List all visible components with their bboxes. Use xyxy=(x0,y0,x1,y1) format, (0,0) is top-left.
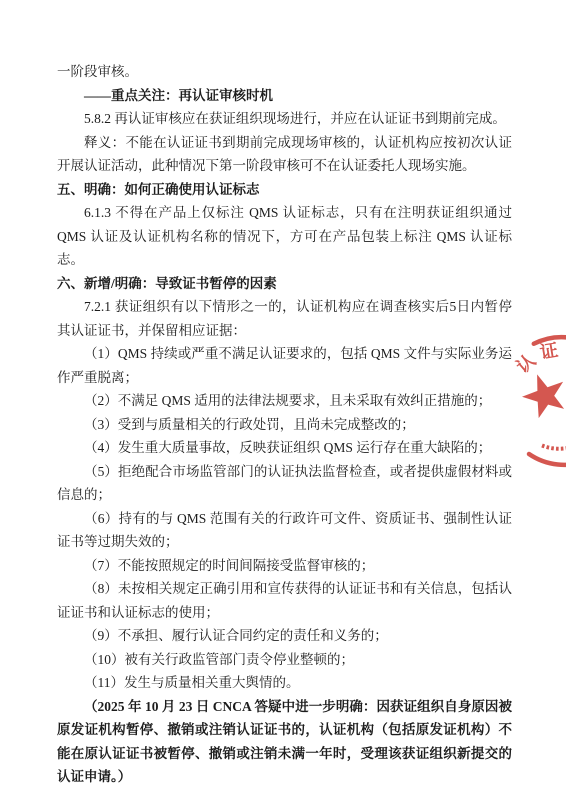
paragraph-613: 6.1.3 不得在产品上仅标注 QMS 认证标志，只有在注明获证组织通过 QMS… xyxy=(57,201,512,272)
svg-text:认证: 认证 xyxy=(512,339,564,377)
list-item-2: （2）不满足 QMS 适用的法律法规要求，且未采取有效纠正措施的； xyxy=(57,389,512,413)
paragraph-interpretation: 释义：不能在认证证书到期前完成现场审核的，认证机构应按初次认证开展认证活动，此种… xyxy=(57,131,512,178)
stamp-serial-marks xyxy=(542,446,566,449)
list-item-8: （8）未按相关规定正确引用和宣传获得的认证证书和有关信息，包括认证证书和认证标志… xyxy=(57,577,512,624)
star-icon xyxy=(522,374,564,418)
seal-text: 认证 xyxy=(512,339,564,377)
list-item-9: （9）不承担、履行认证合同约定的责任和义务的； xyxy=(57,624,512,648)
list-item-4: （4）发生重大质量事故，反映获证组织 QMS 运行存在重大缺陷的； xyxy=(57,436,512,460)
paragraph-721: 7.2.1 获证组织有以下情形之一的，认证机构应在调查核实后5日内暂停其认证证书… xyxy=(57,295,512,342)
document-content: 一阶段审核。 ——重点关注：再认证审核时机 5.8.2 再认证审核应在获证组织现… xyxy=(57,60,512,789)
paragraph-582: 5.8.2 再认证审核应在获证组织现场进行，并应在认证证书到期前完成。 xyxy=(57,107,512,131)
cnca-note-paragraph: （2025 年 10 月 23 日 CNCA 答疑中进一步明确：因获证组织自身原… xyxy=(57,695,512,789)
focus-note-heading: ——重点关注：再认证审核时机 xyxy=(57,84,512,108)
section-heading-6: 六、新增/明确：导致证书暂停的因素 xyxy=(57,272,512,296)
list-item-10: （10）被有关行政监管部门责令停业整顿的； xyxy=(57,648,512,672)
list-item-1: （1）QMS 持续或严重不满足认证要求的，包括 QMS 文件与实际业务运作严重脱… xyxy=(57,342,512,389)
document-page: 一阶段审核。 ——重点关注：再认证审核时机 5.8.2 再认证审核应在获证组织现… xyxy=(0,0,566,800)
section-heading-5: 五、明确：如何正确使用认证标志 xyxy=(57,178,512,202)
list-item-7: （7）不能按照规定的时间间隔接受监督审核的； xyxy=(57,554,512,578)
seal-ring-bottom-arc xyxy=(529,454,566,465)
list-item-3: （3）受到与质量相关的行政处罚，且尚未完成整改的； xyxy=(57,413,512,437)
list-item-5: （5）拒绝配合市场监管部门的认证执法监督检查，或者提供虚假材料或信息的； xyxy=(57,460,512,507)
list-item-11: （11）发生与质量相关重大舆情的。 xyxy=(57,671,512,695)
red-certification-seal: 认证 xyxy=(488,326,566,478)
paragraph-continuation: 一阶段审核。 xyxy=(57,60,512,84)
list-item-6: （6）持有的与 QMS 范围有关的行政许可文件、资质证书、强制性认证证书等过期失… xyxy=(57,507,512,554)
